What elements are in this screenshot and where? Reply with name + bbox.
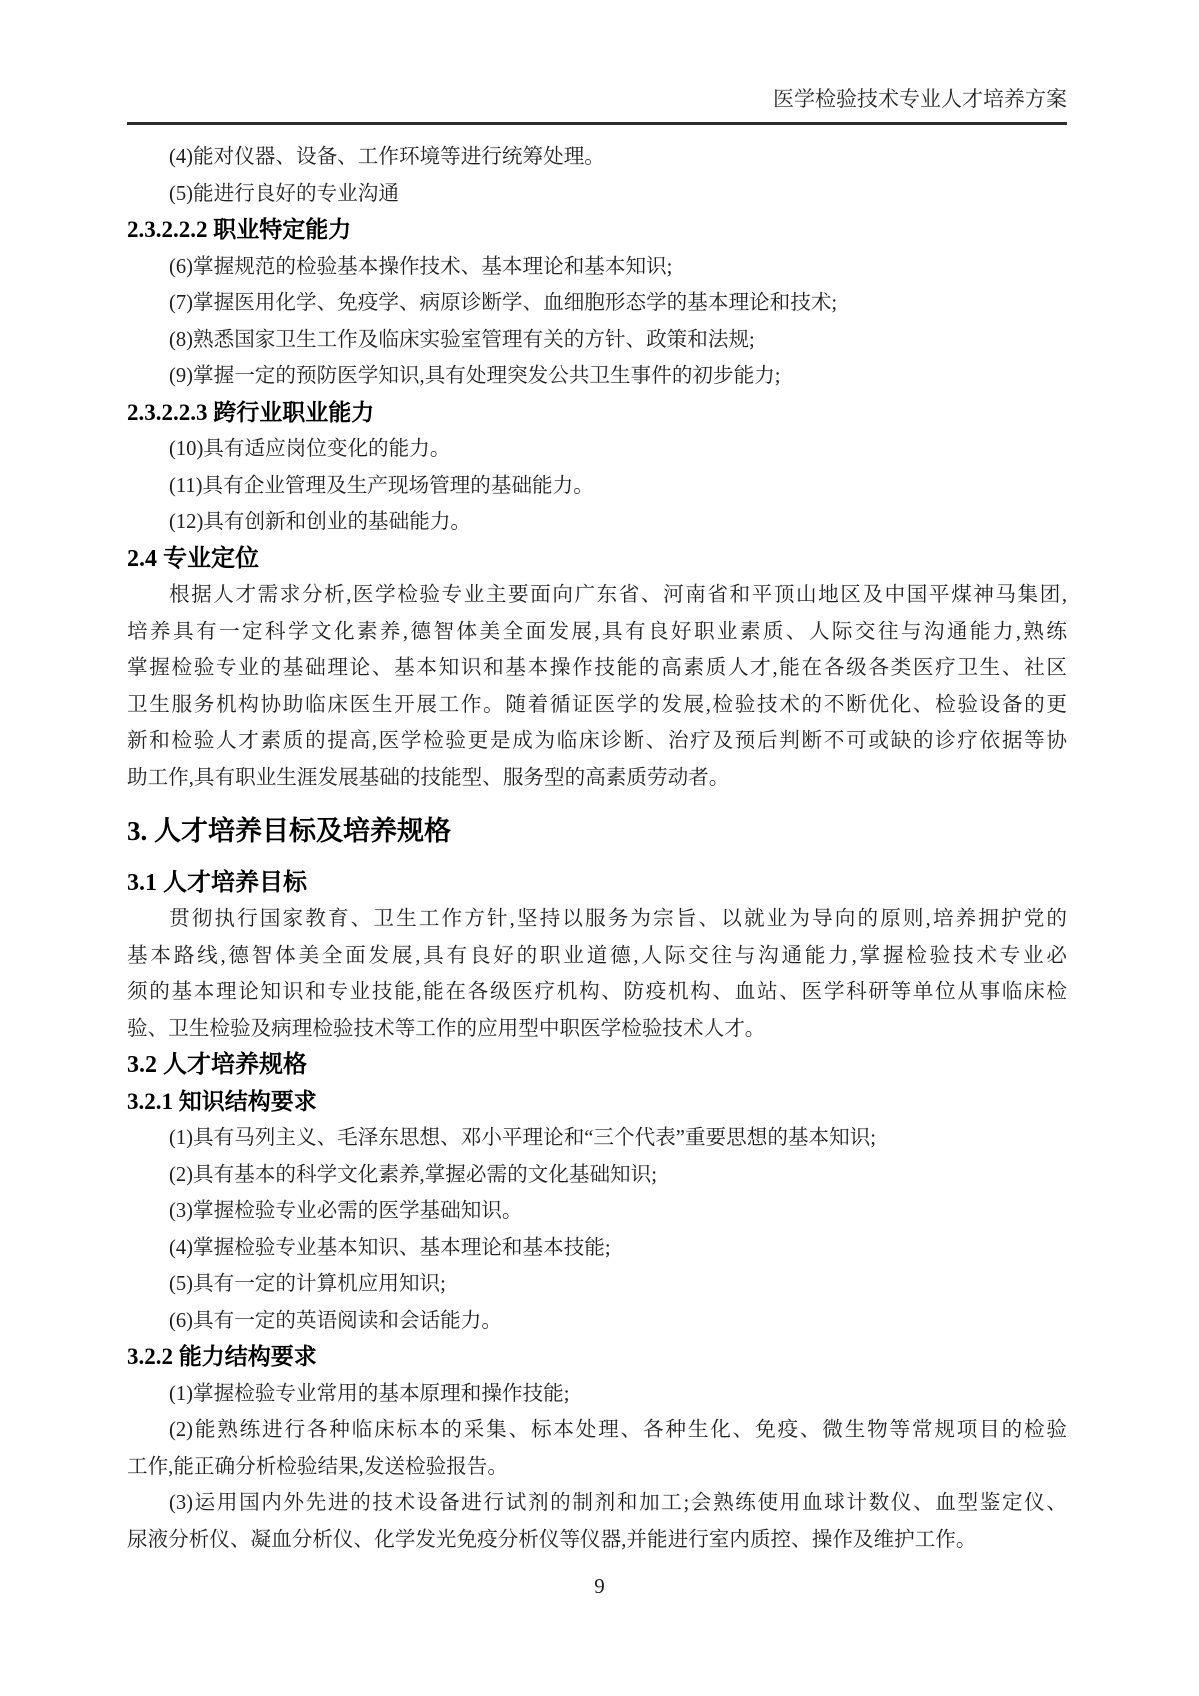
paragraph-line: 基本路线,德智体美全面发展,具有良好的职业道德,人际交往与沟通能力,掌握检验技术… xyxy=(127,938,1067,975)
paragraph-line: 卫生服务机构协助临床医生开展工作。随着循证医学的发展,检验技术的不断优化、检验设… xyxy=(127,687,1067,724)
paragraph-line: 贯彻执行国家教育、卫生工作方针,坚持以服务为宗旨、以就业为导向的原则,培养拥护党… xyxy=(127,901,1067,938)
numbered-list-item: (11)具有企业管理及生产现场管理的基础能力。 xyxy=(127,468,1067,505)
document-page: 医学检验技术专业人才培养方案 (4)能对仪器、设备、工作环境等进行统筹处理。(5… xyxy=(0,0,1199,1696)
paragraph-line: 须的基本理论知识和专业技能,能在各级医疗机构、防疫机构、血站、医学科研等单位从事… xyxy=(127,974,1067,1011)
page-header-title: 医学检验技术专业人才培养方案 xyxy=(127,86,1067,112)
paragraph-line: 掌握检验专业的基础理论、基本知识和基本操作技能的高素质人才,能在各级各类医疗卫生… xyxy=(127,650,1067,687)
paragraph: 根据人才需求分析,医学检验专业主要面向广东省、河南省和平顶山地区及中国平煤神马集… xyxy=(127,577,1067,796)
numbered-list-item: (9)掌握一定的预防医学知识,具有处理突发公共卫生事件的初步能力; xyxy=(127,358,1067,395)
page-number: 9 xyxy=(0,1568,1199,1604)
paragraph-line: (2)能熟练进行各种临床标本的采集、标本处理、各种生化、免疫、微生物等常规项目的… xyxy=(127,1412,1067,1449)
numbered-list-item: (10)具有适应岗位变化的能力。 xyxy=(127,431,1067,468)
paragraph-line: (3)运用国内外先进的技术设备进行试剂的制剂和加工;会熟练使用血球计数仪、血型鉴… xyxy=(127,1485,1067,1522)
section-heading: 3.2.2 能力结构要求 xyxy=(127,1339,1067,1376)
section-heading: 2.4 专业定位 xyxy=(127,541,1067,578)
numbered-list-item: (5)具有一定的计算机应用知识; xyxy=(127,1266,1067,1303)
document-body: (4)能对仪器、设备、工作环境等进行统筹处理。(5)能进行良好的专业沟通2.3.… xyxy=(127,139,1067,1558)
section-heading: 3.1 人才培养目标 xyxy=(127,865,1067,902)
numbered-list-item: (3)掌握检验专业必需的医学基础知识。 xyxy=(127,1193,1067,1230)
numbered-list-item: (1)具有马列主义、毛泽东思想、邓小平理论和“三个代表”重要思想的基本知识; xyxy=(127,1120,1067,1157)
paragraph-line: 尿液分析仪、凝血分析仪、化学发光免疫分析仪等仪器,并能进行室内质控、操作及维护工… xyxy=(127,1522,1067,1559)
paragraph-line: 工作,能正确分析检验结果,发送检验报告。 xyxy=(127,1449,1067,1486)
paragraph-line: 助工作,具有职业生涯发展基础的技能型、服务型的高素质劳动者。 xyxy=(127,760,1067,797)
numbered-list-item: (12)具有创新和创业的基础能力。 xyxy=(127,504,1067,541)
paragraph: (3)运用国内外先进的技术设备进行试剂的制剂和加工;会熟练使用血球计数仪、血型鉴… xyxy=(127,1485,1067,1558)
numbered-list-item: (5)能进行良好的专业沟通 xyxy=(127,176,1067,213)
header-rule xyxy=(127,122,1067,125)
numbered-list-item: (4)掌握检验专业基本知识、基本理论和基本技能; xyxy=(127,1230,1067,1267)
numbered-list-item: (1)掌握检验专业常用的基本原理和操作技能; xyxy=(127,1376,1067,1413)
section-heading: 3. 人才培养目标及培养规格 xyxy=(127,813,1067,850)
paragraph-line: 根据人才需求分析,医学检验专业主要面向广东省、河南省和平顶山地区及中国平煤神马集… xyxy=(127,577,1067,614)
numbered-list-item: (4)能对仪器、设备、工作环境等进行统筹处理。 xyxy=(127,139,1067,176)
numbered-list-item: (8)熟悉国家卫生工作及临床实验室管理有关的方针、政策和法规; xyxy=(127,322,1067,359)
section-heading: 3.2.1 知识结构要求 xyxy=(127,1084,1067,1121)
numbered-list-item: (2)具有基本的科学文化素养,掌握必需的文化基础知识; xyxy=(127,1157,1067,1194)
numbered-list-item: (6)掌握规范的检验基本操作技术、基本理论和基本知识; xyxy=(127,249,1067,286)
section-heading: 2.3.2.2.3 跨行业职业能力 xyxy=(127,395,1067,432)
section-heading: 3.2 人才培养规格 xyxy=(127,1047,1067,1084)
paragraph-line: 新和检验人才素质的提高,医学检验更是成为临床诊断、治疗及预后判断不可或缺的诊疗依… xyxy=(127,723,1067,760)
paragraph-line: 培养具有一定科学文化素养,德智体美全面发展,具有良好职业素质、人际交往与沟通能力… xyxy=(127,614,1067,651)
numbered-list-item: (6)具有一定的英语阅读和会话能力。 xyxy=(127,1303,1067,1340)
paragraph: 贯彻执行国家教育、卫生工作方针,坚持以服务为宗旨、以就业为导向的原则,培养拥护党… xyxy=(127,901,1067,1047)
numbered-list-item: (7)掌握医用化学、免疫学、病原诊断学、血细胞形态学的基本理论和技术; xyxy=(127,285,1067,322)
paragraph-line: 验、卫生检验及病理检验技术等工作的应用型中职医学检验技术人才。 xyxy=(127,1011,1067,1048)
paragraph: (2)能熟练进行各种临床标本的采集、标本处理、各种生化、免疫、微生物等常规项目的… xyxy=(127,1412,1067,1485)
section-heading: 2.3.2.2.2 职业特定能力 xyxy=(127,212,1067,249)
